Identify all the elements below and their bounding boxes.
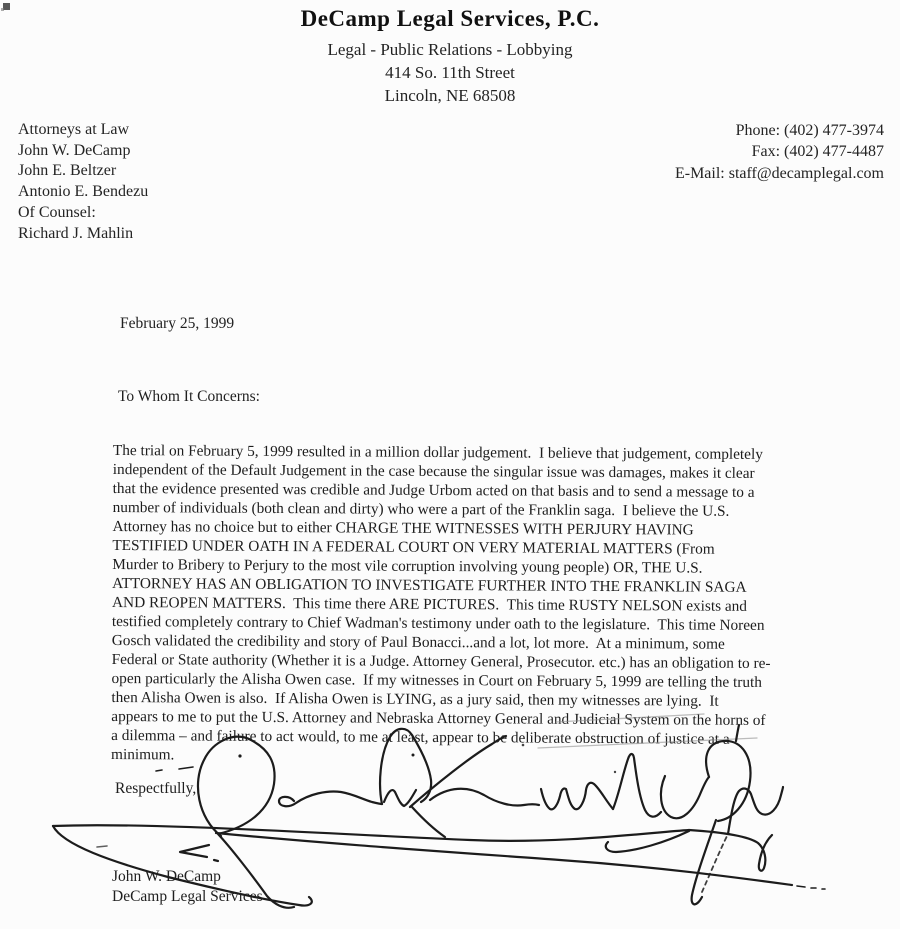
- signature-stroke: [412, 807, 445, 837]
- salutation: To Whom It Concerns:: [118, 388, 260, 406]
- letterhead: DeCamp Legal Services, P.C. Legal - Publ…: [0, 6, 900, 107]
- ink-dot: [614, 771, 616, 773]
- firm-address-city: Lincoln, NE 68508: [0, 84, 900, 107]
- date-line: February 25, 1999: [120, 315, 234, 333]
- signer-org: DeCamp Legal Services: [112, 887, 263, 907]
- letter-page: DeCamp Legal Services, P.C. Legal - Publ…: [0, 0, 900, 929]
- firm-tagline: Legal - Public Relations - Lobbying: [0, 38, 900, 61]
- signature-stroke: [692, 820, 716, 904]
- signature-stroke: [541, 783, 613, 810]
- fax-line: Fax: (402) 477-4487: [675, 141, 884, 162]
- attorney-name: John W. DeCamp: [18, 141, 148, 162]
- signature-stroke: [661, 776, 709, 818]
- signature-stroke: [430, 789, 539, 806]
- of-counsel-label: Of Counsel:: [18, 203, 148, 224]
- email-line: E-Mail: staff@decamplegal.com: [675, 163, 884, 184]
- of-counsel-name: Richard J. Mahlin: [18, 224, 148, 245]
- pen-mark: [97, 846, 107, 847]
- letter-body: The trial on February 5, 1999 resulted i…: [111, 441, 877, 769]
- attorney-name: John E. Beltzer: [18, 161, 148, 182]
- signature-stroke: [797, 886, 825, 889]
- closing: Respectfully,: [115, 780, 196, 798]
- signature-stroke: [702, 834, 728, 892]
- signature-stroke: [606, 831, 689, 852]
- contact-block: Phone: (402) 477-3974 Fax: (402) 477-448…: [675, 120, 884, 184]
- pen-mark: [156, 767, 193, 771]
- body-line: minimum.: [111, 745, 875, 769]
- signature-stroke: [279, 791, 382, 806]
- attorney-name: Antonio E. Bendezu: [18, 182, 148, 203]
- firm-address-street: 414 So. 11th Street: [0, 61, 900, 84]
- signer-name: John W. DeCamp: [112, 867, 263, 887]
- signature-stroke: [180, 845, 218, 861]
- attorneys-label: Attorneys at Law: [18, 120, 148, 141]
- signature-stroke: [216, 833, 792, 885]
- signer-block: John W. DeCamp DeCamp Legal Services: [112, 867, 263, 907]
- signature-stroke: [384, 790, 416, 806]
- firm-name: DeCamp Legal Services, P.C.: [0, 6, 900, 32]
- attorneys-block: Attorneys at Law John W. DeCamp John E. …: [18, 120, 148, 244]
- signature-stroke: [53, 825, 772, 871]
- phone-line: Phone: (402) 477-3974: [675, 120, 884, 141]
- signature-stroke: [728, 787, 783, 834]
